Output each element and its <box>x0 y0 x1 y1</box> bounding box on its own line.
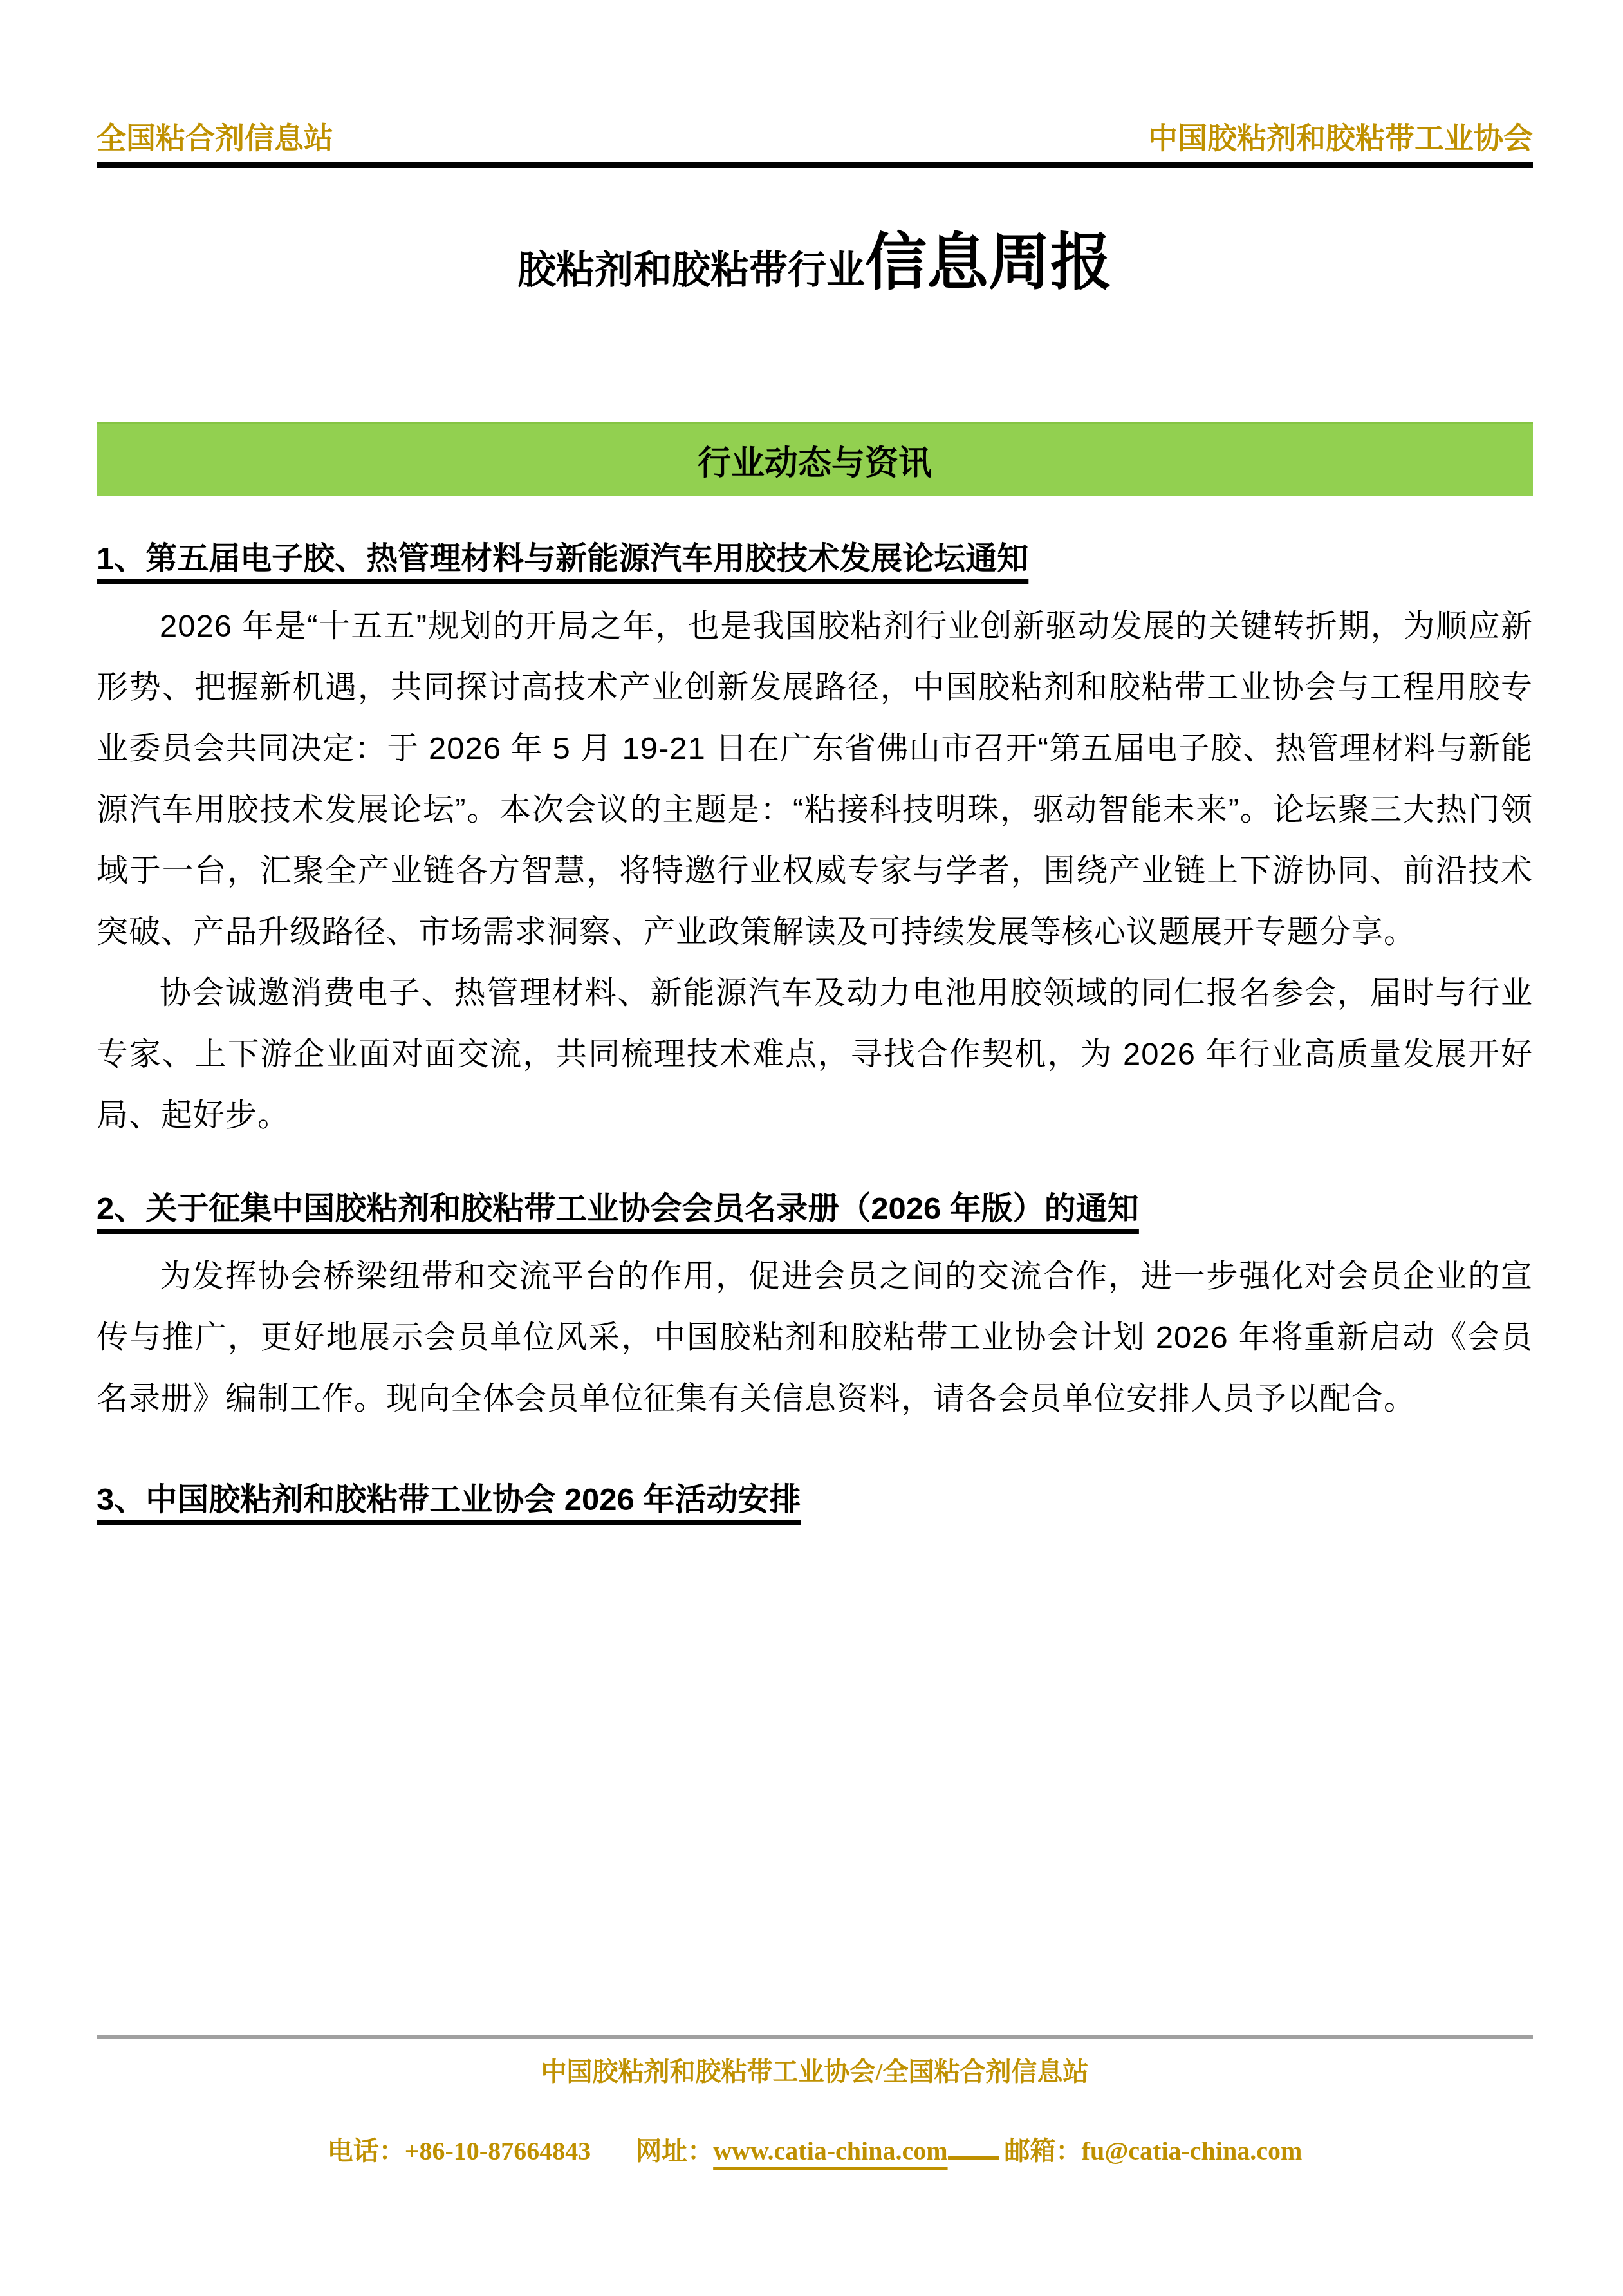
section-1-heading: 1、第五届电子胶、热管理材料与新能源汽车用胶技术发展论坛通知 <box>97 528 1533 590</box>
footer-email-value[interactable]: fu@catia-china.com <box>1082 2136 1303 2165</box>
document-page: 全国粘合剂信息站 中国胶粘剂和胶粘带工业协会 胶粘剂和胶粘带行业信息周报 行业动… <box>0 0 1623 2296</box>
header-divider <box>97 162 1533 168</box>
masthead-right-org: 中国胶粘剂和胶粘带工业协会 <box>1148 120 1533 157</box>
section-1-paragraph-1: 2026 年是“十五五”规划的开局之年，也是我国胶粘剂行业创新驱动发展的关键转折… <box>97 596 1533 963</box>
footer-web-label: 网址： <box>636 2136 713 2165</box>
footer-divider <box>97 2035 1533 2039</box>
footer-web-underline-tail <box>948 2125 999 2160</box>
section-3-heading: 3、中国胶粘剂和胶粘带工业协会 2026 年活动安排 <box>97 1470 1533 1531</box>
section-2-heading: 2、关于征集中国胶粘剂和胶粘带工业协会会员名录册（2026 年版）的通知 <box>97 1179 1533 1240</box>
masthead-left-org: 全国粘合剂信息站 <box>97 120 333 157</box>
masthead: 全国粘合剂信息站 中国胶粘剂和胶粘带工业协会 <box>97 0 1533 157</box>
page-title: 胶粘剂和胶粘带行业信息周报 <box>97 213 1533 301</box>
footer-phone-label: 电话： <box>328 2136 405 2165</box>
page-title-prefix: 胶粘剂和胶粘带行业 <box>517 248 865 292</box>
page-footer: 中国胶粘剂和胶粘带工业协会/全国粘合剂信息站 电话：+86-10-8766484… <box>97 2035 1533 2167</box>
page-title-main: 信息周报 <box>865 228 1112 297</box>
section-1-paragraph-2: 协会诚邀消费电子、热管理材料、新能源汽车及动力电池用胶领域的同仁报名参会，届时与… <box>97 963 1533 1146</box>
footer-organization-line: 中国胶粘剂和胶粘带工业协会/全国粘合剂信息站 <box>97 2051 1533 2088</box>
footer-web-link[interactable]: www.catia-china.com <box>713 2136 947 2165</box>
footer-phone-value: +86-10-87664843 <box>405 2136 591 2165</box>
section-banner: 行业动态与资讯 <box>97 422 1533 496</box>
footer-contact-line: 电话：+86-10-87664843网址：www.catia-china.com… <box>97 2125 1533 2167</box>
section-banner-label: 行业动态与资讯 <box>698 436 932 484</box>
footer-email-label: 邮箱： <box>1005 2136 1082 2165</box>
section-2-paragraph-1: 为发挥协会桥梁纽带和交流平台的作用，促进会员之间的交流合作，进一步强化对会员企业… <box>97 1246 1533 1430</box>
page-content: 全国粘合剂信息站 中国胶粘剂和胶粘带工业协会 胶粘剂和胶粘带行业信息周报 行业动… <box>0 0 1623 1531</box>
